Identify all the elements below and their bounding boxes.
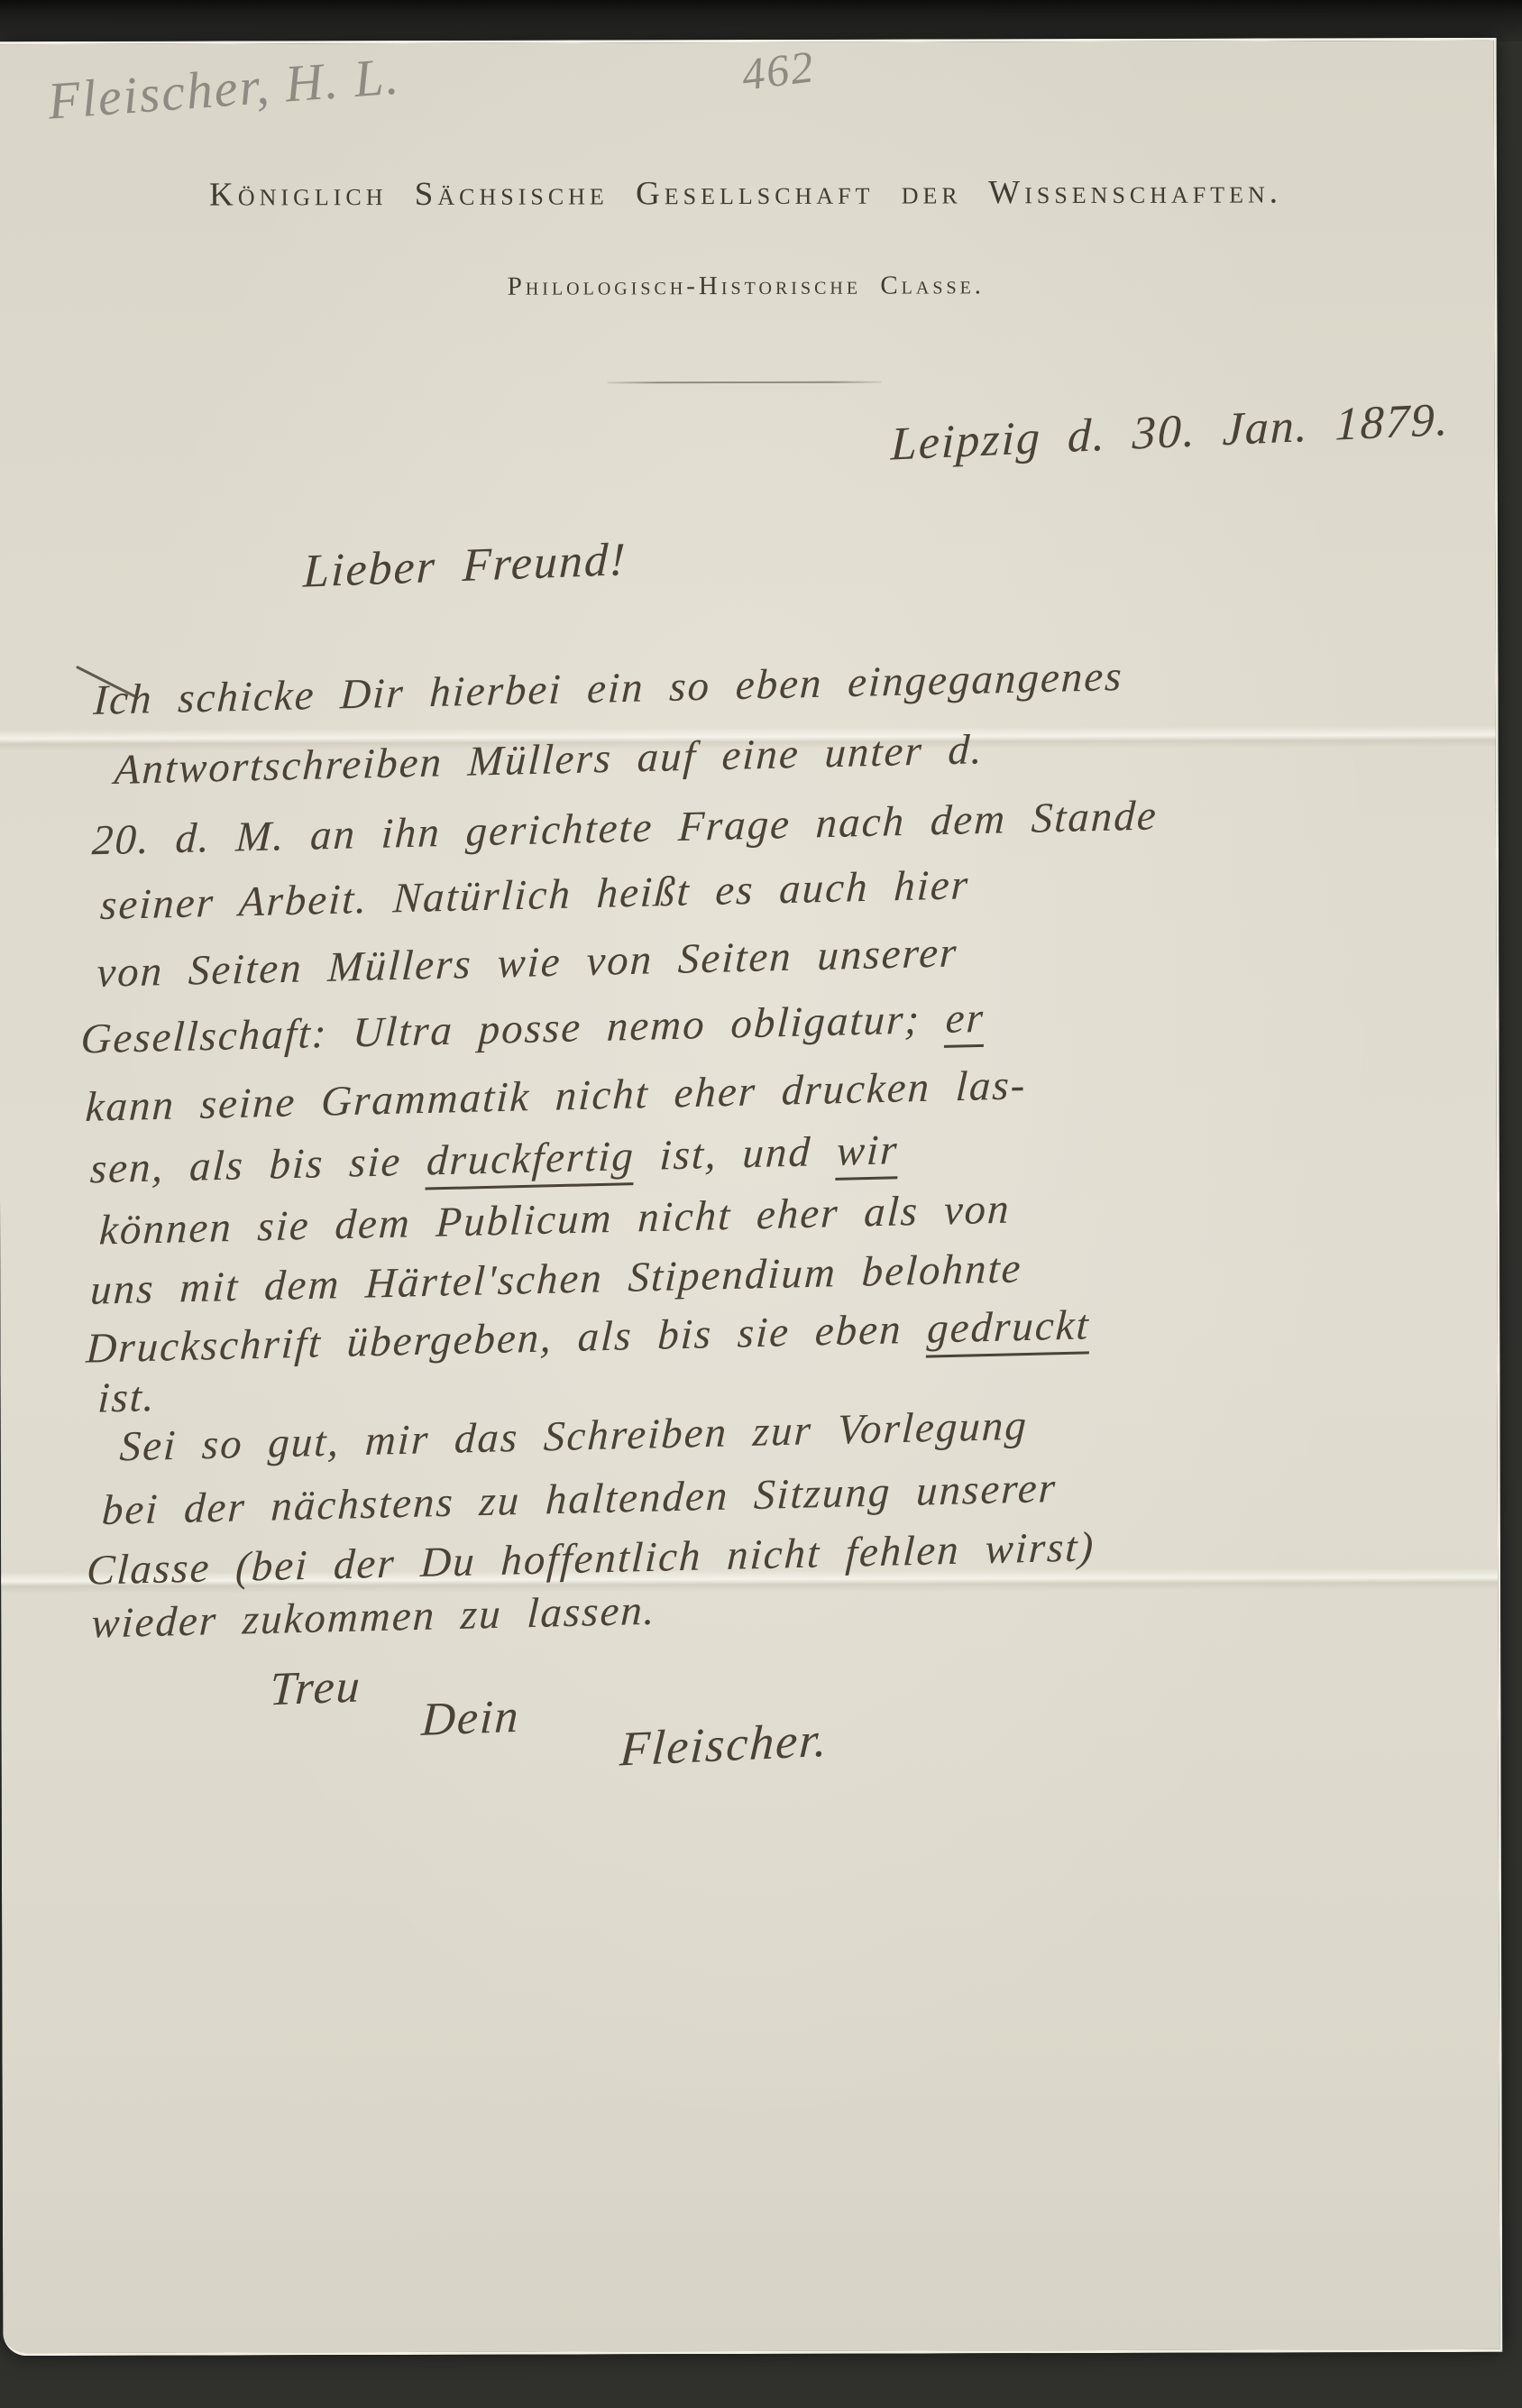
handwriting-segment: Classe (bei der Du hoffentlich nicht feh… [86, 1523, 1096, 1594]
handwriting-segment: Gesellschaft: Ultra posse nemo obligatur… [79, 996, 947, 1063]
handwriting-line: können sie dem Publicum nicht eher als v… [98, 1185, 1012, 1255]
paper-crease [1, 1568, 1498, 1594]
letterhead-society-line: Königlich Sächsische Gesellschaft der Wi… [0, 172, 1494, 215]
handwriting-segment: Druckschrift übergeben, als bis sie eben [85, 1306, 928, 1373]
handwriting-line: Antwortschreiben Müllers auf eine unter … [114, 725, 985, 795]
letterhead-divider-rule [608, 381, 882, 384]
handwriting-segment: seiner Arbeit. Natürlich heißt es auch h… [99, 861, 970, 929]
handwriting-segment: Sei so gut, mir das Schreiben zur Vorleg… [119, 1402, 1029, 1471]
underlined-word: wir [835, 1126, 899, 1181]
handwriting-line: Ich schicke Dir hierbei ein so eben eing… [92, 652, 1123, 725]
handwriting-line: sen, als bis sie druckfertig ist, und wi… [89, 1126, 900, 1193]
handwriting-segment: Ich schicke Dir hierbei ein so eben eing… [92, 653, 1123, 724]
letter-body: Ich schicke Dir hierbei ein so eben eing… [0, 41, 1499, 2353]
scanner-shadow-bar [0, 0, 1522, 41]
handwriting-line: Classe (bei der Du hoffentlich nicht feh… [86, 1522, 1096, 1595]
underlined-word: druckfertig [426, 1133, 636, 1190]
pencil-number-annotation: 462 [738, 40, 818, 101]
handwriting-line: bei der nächstens zu haltenden Sitzung u… [101, 1464, 1059, 1535]
handwriting-line: 20. d. M. an ihn gerichtete Frage nach d… [91, 791, 1159, 865]
handwriting-line: Gesellschaft: Ultra posse nemo obligatur… [79, 994, 986, 1064]
handwriting-segment: wieder zukommen zu lassen. [90, 1587, 657, 1648]
handwriting-line: ist. [96, 1373, 157, 1423]
salutation: Lieber Freund! [302, 533, 628, 599]
paper-crease [0, 726, 1496, 751]
dateline: Leipzig d. 30. Jan. 1879. [890, 393, 1450, 472]
handwriting-segment: sen, als bis sie [89, 1137, 428, 1192]
closing-valediction-1: Treu [269, 1659, 362, 1716]
handwriting-segment: von Seiten Müllers wie von Seiten unsere… [96, 929, 958, 997]
handwriting-line: von Seiten Müllers wie von Seiten unsere… [96, 928, 958, 997]
handwriting-line: wieder zukommen zu lassen. [90, 1586, 657, 1649]
pencil-owner-annotation: Fleischer, H. L. [46, 45, 402, 131]
handwriting-segment: kann seine Grammatik nicht eher drucken … [85, 1062, 1028, 1131]
handwriting-segment: 20. d. M. an ihn gerichtete Frage nach d… [91, 792, 1159, 864]
scan-background: { "annotations": { "archivist_name": "Fl… [0, 0, 1522, 2408]
handwriting-line: Sei so gut, mir das Schreiben zur Vorleg… [119, 1402, 1030, 1472]
handwriting-segment: uns mit dem Härtel'schen Stipendium belo… [89, 1245, 1023, 1313]
handwriting-line: Druckschrift übergeben, als bis sie eben… [85, 1301, 1091, 1373]
handwriting-segment: ist, und [634, 1128, 838, 1180]
handwriting-segment: bei der nächstens zu haltenden Sitzung u… [101, 1465, 1058, 1534]
letter-paper: Fleischer, H. L. 462 Königlich Sächsisch… [0, 38, 1502, 2356]
letterhead-class-line: Philologisch-Historische Classe. [0, 270, 1494, 303]
handwriting-segment: ist. [96, 1374, 157, 1422]
closing-valediction-2: Dein [420, 1690, 521, 1747]
pen-flourish [76, 666, 138, 699]
signature: Fleischer. [619, 1712, 830, 1778]
handwriting-line: uns mit dem Härtel'schen Stipendium belo… [89, 1244, 1023, 1314]
underlined-word: gedruckt [926, 1301, 1091, 1357]
underlined-word: er [944, 995, 986, 1048]
handwriting-segment: Antwortschreiben Müllers auf eine unter … [114, 726, 985, 794]
handwriting-segment: können sie dem Publicum nicht eher als v… [98, 1186, 1012, 1255]
handwriting-line: kann seine Grammatik nicht eher drucken … [85, 1061, 1028, 1132]
handwriting-line: seiner Arbeit. Natürlich heißt es auch h… [99, 860, 970, 930]
